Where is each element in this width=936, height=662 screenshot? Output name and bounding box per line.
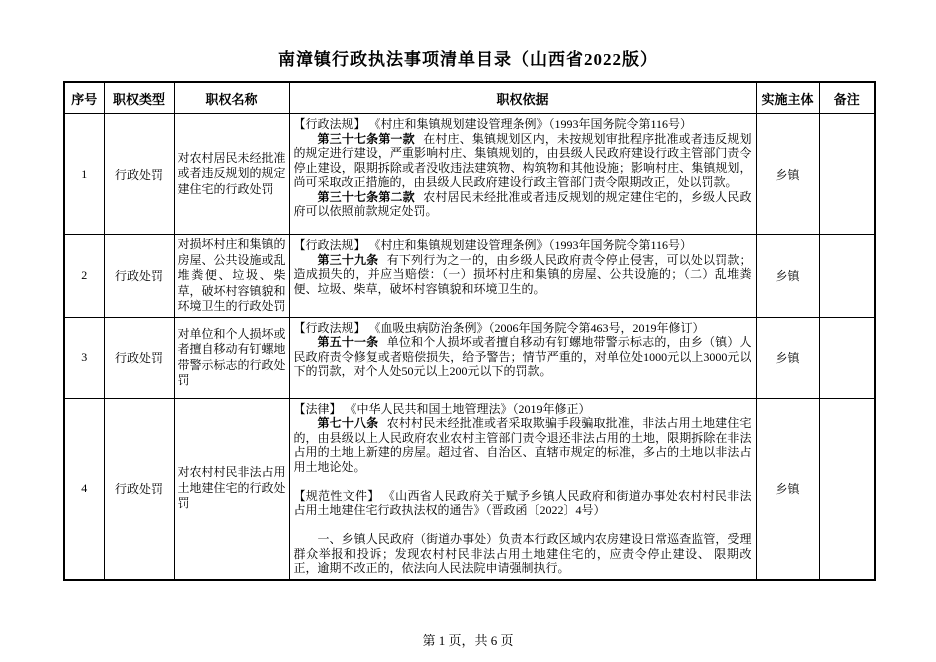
- cell-serial-number: 1: [64, 114, 104, 235]
- table-row: 4行政处罚对农村村民非法占用土地建住宅的行政处罚【法律】 《中华人民共和国土地管…: [64, 398, 875, 580]
- basis-paragraph: 【行政法规】 《村庄和集镇规划建设管理条例》（1993年国务院令第116号）: [294, 117, 752, 132]
- column-header-0: 序号: [64, 82, 104, 114]
- cell-implementing-subject: 乡镇: [756, 235, 819, 318]
- article-lead: 第三十九条: [318, 253, 387, 267]
- basis-paragraph: 【行政法规】 《血吸虫病防治条例》（2006年国务院令第463号，2019年修订…: [294, 321, 752, 336]
- cell-power-name: 对单位和个人损坏或者擅自移动有钉螺地带警示标志的行政处罚: [174, 317, 289, 398]
- page-number: 第 1 页，共 6 页: [0, 630, 936, 649]
- table-row: 1行政处罚对农村居民未经批准或者违反规划的规定建住宅的行政处罚【行政法规】 《村…: [64, 114, 875, 235]
- enforcement-items-table: 序号职权类型职权名称职权依据实施主体备注 1行政处罚对农村居民未经批准或者违反规…: [63, 81, 876, 581]
- document-page: 南漳镇行政执法事项清单目录（山西省2022版） 序号职权类型职权名称职权依据实施…: [0, 0, 936, 662]
- cell-implementing-subject: 乡镇: [756, 398, 819, 580]
- cell-remark: [819, 114, 875, 235]
- column-header-4: 实施主体: [756, 82, 819, 114]
- article-lead: 第五十一条: [318, 335, 387, 349]
- cell-power-type: 行政处罚: [104, 235, 174, 318]
- article-lead: 第三十七条第二款: [318, 190, 424, 204]
- cell-power-type: 行政处罚: [104, 398, 174, 580]
- cell-implementing-subject: 乡镇: [756, 317, 819, 398]
- cell-remark: [819, 398, 875, 580]
- cell-legal-basis: 【行政法规】 《村庄和集镇规划建设管理条例》（1993年国务院令第116号）第三…: [289, 114, 756, 235]
- cell-serial-number: 4: [64, 398, 104, 580]
- basis-paragraph: 【法律】 《中华人民共和国土地管理法》（2019年修正）: [294, 402, 752, 417]
- column-header-5: 备注: [819, 82, 875, 114]
- page-title: 南漳镇行政执法事项清单目录（山西省2022版）: [0, 45, 936, 70]
- cell-power-type: 行政处罚: [104, 114, 174, 235]
- table-header: 序号职权类型职权名称职权依据实施主体备注: [64, 82, 875, 114]
- header-row: 序号职权类型职权名称职权依据实施主体备注: [64, 82, 875, 114]
- article-lead: 第三十七条第一款: [318, 132, 424, 146]
- column-header-2: 职权名称: [174, 82, 289, 114]
- cell-legal-basis: 【行政法规】 《血吸虫病防治条例》（2006年国务院令第463号，2019年修订…: [289, 317, 756, 398]
- basis-paragraph: 第三十七条第一款在村庄、集镇规划区内，未按规划审批程序批准或者违反规划的规定进行…: [294, 132, 752, 190]
- cell-legal-basis: 【行政法规】 《村庄和集镇规划建设管理条例》（1993年国务院令第116号）第三…: [289, 235, 756, 318]
- cell-remark: [819, 235, 875, 318]
- basis-paragraph: 第三十七条第二款农村居民未经批准或者违反规划的规定建住宅的，乡级人民政府可以依照…: [294, 190, 752, 219]
- table-row: 3行政处罚对单位和个人损坏或者擅自移动有钉螺地带警示标志的行政处罚【行政法规】 …: [64, 317, 875, 398]
- cell-power-name: 对农村居民未经批准或者违反规划的规定建住宅的行政处罚: [174, 114, 289, 235]
- cell-power-name: 对农村村民非法占用土地建住宅的行政处罚: [174, 398, 289, 580]
- basis-paragraph: 【行政法规】 《村庄和集镇规划建设管理条例》（1993年国务院令第116号）: [294, 238, 752, 253]
- cell-legal-basis: 【法律】 《中华人民共和国土地管理法》（2019年修正）第七十八条农村村民未经批…: [289, 398, 756, 580]
- basis-paragraph: 第三十九条有下列行为之一的，由乡级人民政府责令停止侵害，可以处以罚款；造成损失的…: [294, 253, 752, 297]
- basis-paragraph: 第五十一条单位和个人损坏或者擅自移动有钉螺地带警示标志的，由乡（镇）人民政府责令…: [294, 335, 752, 379]
- column-header-1: 职权类型: [104, 82, 174, 114]
- cell-power-type: 行政处罚: [104, 317, 174, 398]
- table-row: 2行政处罚对损坏村庄和集镇的房屋、公共设施或乱堆粪便、垃圾、柴草，破坏村容镇貌和…: [64, 235, 875, 318]
- cell-serial-number: 2: [64, 235, 104, 318]
- cell-implementing-subject: 乡镇: [756, 114, 819, 235]
- cell-serial-number: 3: [64, 317, 104, 398]
- column-header-3: 职权依据: [289, 82, 756, 114]
- basis-paragraph: 一、乡镇人民政府（街道办事处）负责本行政区域内农房建设日常巡查监管，受理群众举报…: [294, 532, 752, 576]
- cell-remark: [819, 317, 875, 398]
- article-lead: 第七十八条: [318, 416, 387, 430]
- basis-paragraph: 第七十八条农村村民未经批准或者采取欺骗手段骗取批准，非法占用土地建住宅的，由县级…: [294, 416, 752, 474]
- cell-power-name: 对损坏村庄和集镇的房屋、公共设施或乱堆粪便、垃圾、柴草，破坏村容镇貌和环境卫生的…: [174, 235, 289, 318]
- basis-paragraph: 【规范性文件】 《山西省人民政府关于赋予乡镇人民政府和街道办事处农村村民非法占用…: [294, 489, 752, 518]
- table-body: 1行政处罚对农村居民未经批准或者违反规划的规定建住宅的行政处罚【行政法规】 《村…: [64, 114, 875, 580]
